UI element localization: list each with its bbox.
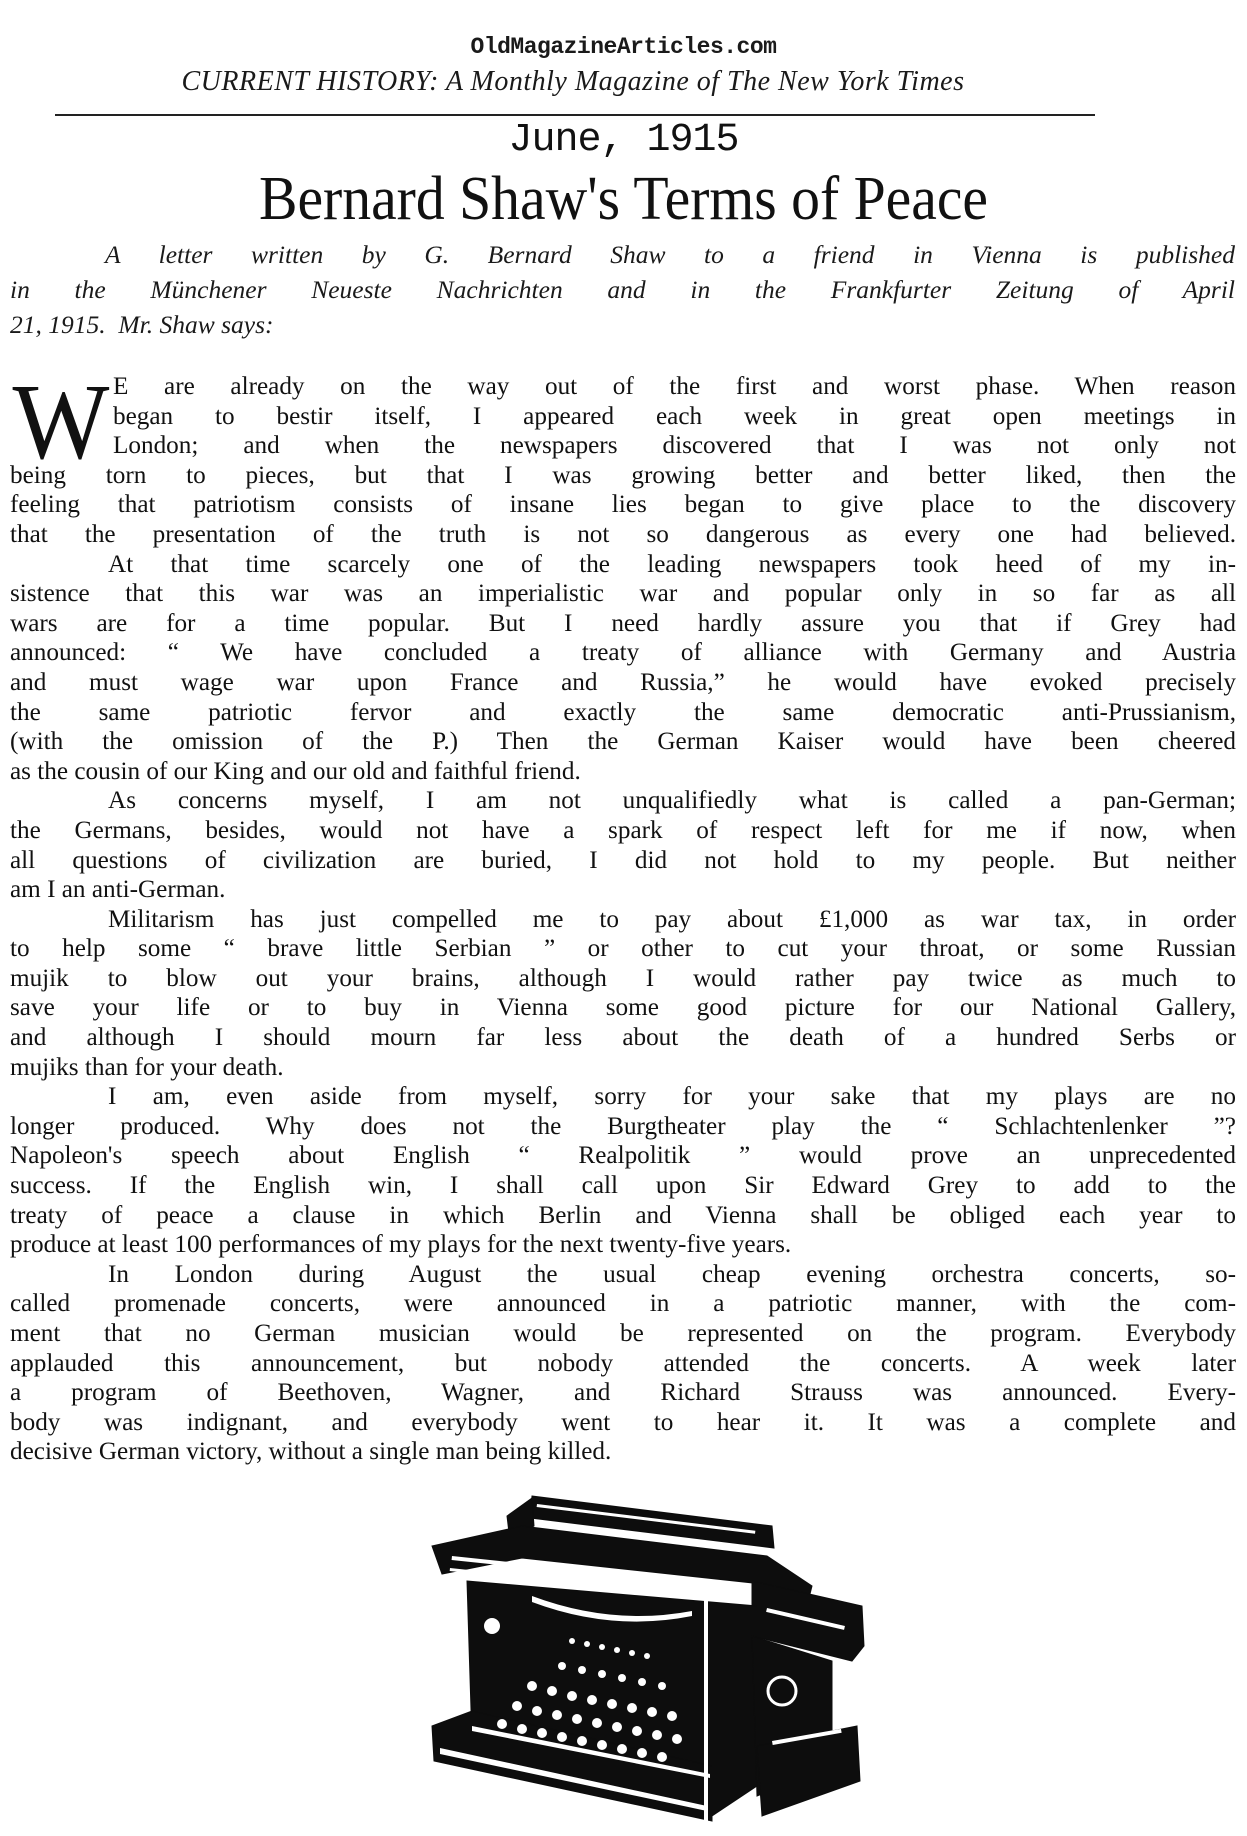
issue-date: June, 1915 <box>0 118 1247 163</box>
magazine-page: OldMagazineArticles.com CURRENT HISTORY:… <box>0 0 1247 1836</box>
text-line: mujiks than for your death. <box>10 1053 1236 1083</box>
intro-line: in the Münchener Neueste Nachrichten and… <box>10 272 1235 307</box>
text-line: I am, even aside from myself, sorry for … <box>10 1082 1236 1112</box>
text-line: as the cousin of our King and our old an… <box>10 757 1236 787</box>
text-line: sistence that this war was an imperialis… <box>10 579 1236 609</box>
text-line: At that time scarcely one of the leading… <box>10 550 1236 580</box>
source-watermark: OldMagazineArticles.com <box>0 34 1247 60</box>
text-line: and must wage war upon France and Russia… <box>10 668 1236 698</box>
text-line: all questions of civilization are buried… <box>10 846 1236 876</box>
text-line: applauded this announcement, but nobody … <box>10 1349 1236 1379</box>
text-line: In London during August the usual cheap … <box>10 1260 1236 1290</box>
text-line: mujik to blow out your brains, although … <box>10 964 1236 994</box>
article-body: E are already on the way out of the firs… <box>10 372 1236 1467</box>
text-line: began to bestir itself, I appeared each … <box>10 402 1236 432</box>
text-line: called promenade concerts, were announce… <box>10 1289 1236 1319</box>
text-line: As concerns myself, I am not unqualified… <box>10 786 1236 816</box>
text-line: the Germans, besides, would not have a s… <box>10 816 1236 846</box>
paragraph: E are already on the way out of the firs… <box>10 372 1236 550</box>
paragraph: I am, even aside from myself, sorry for … <box>10 1082 1236 1260</box>
text-line: save your life or to buy in Vienna some … <box>10 993 1236 1023</box>
text-line: London; and when the newspapers discover… <box>10 431 1236 461</box>
text-line: (with the omission of the P.) Then the G… <box>10 727 1236 757</box>
text-line: and although I should mourn far less abo… <box>10 1023 1236 1053</box>
text-line: announced: “ We have concluded a treaty … <box>10 638 1236 668</box>
text-line: wars are for a time popular. But I need … <box>10 609 1236 639</box>
paragraph: Militarism has just compelled me to pay … <box>10 905 1236 1083</box>
text-line: that the presentation of the truth is no… <box>10 520 1236 550</box>
text-line: produce at least 100 performances of my … <box>10 1230 1236 1260</box>
text-line: a program of Beethoven, Wagner, and Rich… <box>10 1378 1236 1408</box>
text-line: treaty of peace a clause in which Berlin… <box>10 1201 1236 1231</box>
article-intro: A letter written by G. Bernard Shaw to a… <box>10 237 1235 342</box>
text-line: decisive German victory, without a singl… <box>10 1437 1236 1467</box>
header-rule <box>55 114 1095 116</box>
article-title: Bernard Shaw's Terms of Peace <box>44 164 1204 235</box>
text-line: am I an anti-German. <box>10 875 1236 905</box>
text-line: feeling that patriotism consists of insa… <box>10 490 1236 520</box>
typewriter-icon <box>412 1486 872 1831</box>
text-line: success. If the English win, I shall cal… <box>10 1171 1236 1201</box>
intro-line: 21, 1915. Mr. Shaw says: <box>10 307 1235 342</box>
text-line: the same patriotic fervor and exactly th… <box>10 698 1236 728</box>
text-line: to help some “ brave little Serbian ” or… <box>10 934 1236 964</box>
text-line: body was indignant, and everybody went t… <box>10 1408 1236 1438</box>
text-line: Militarism has just compelled me to pay … <box>10 905 1236 935</box>
intro-line: A letter written by G. Bernard Shaw to a… <box>10 237 1235 272</box>
text-line: Napoleon's speech about English “ Realpo… <box>10 1141 1236 1171</box>
text-line: being torn to pieces, but that I was gro… <box>10 461 1236 491</box>
text-line: longer produced. Why does not the Burgth… <box>10 1112 1236 1142</box>
publication-header: CURRENT HISTORY: A Monthly Magazine of T… <box>28 66 1118 98</box>
paragraph: As concerns myself, I am not unqualified… <box>10 786 1236 904</box>
paragraph: At that time scarcely one of the leading… <box>10 550 1236 787</box>
text-line: ment that no German musician would be re… <box>10 1319 1236 1349</box>
paragraph: In London during August the usual cheap … <box>10 1260 1236 1467</box>
text-line: E are already on the way out of the firs… <box>10 372 1236 402</box>
